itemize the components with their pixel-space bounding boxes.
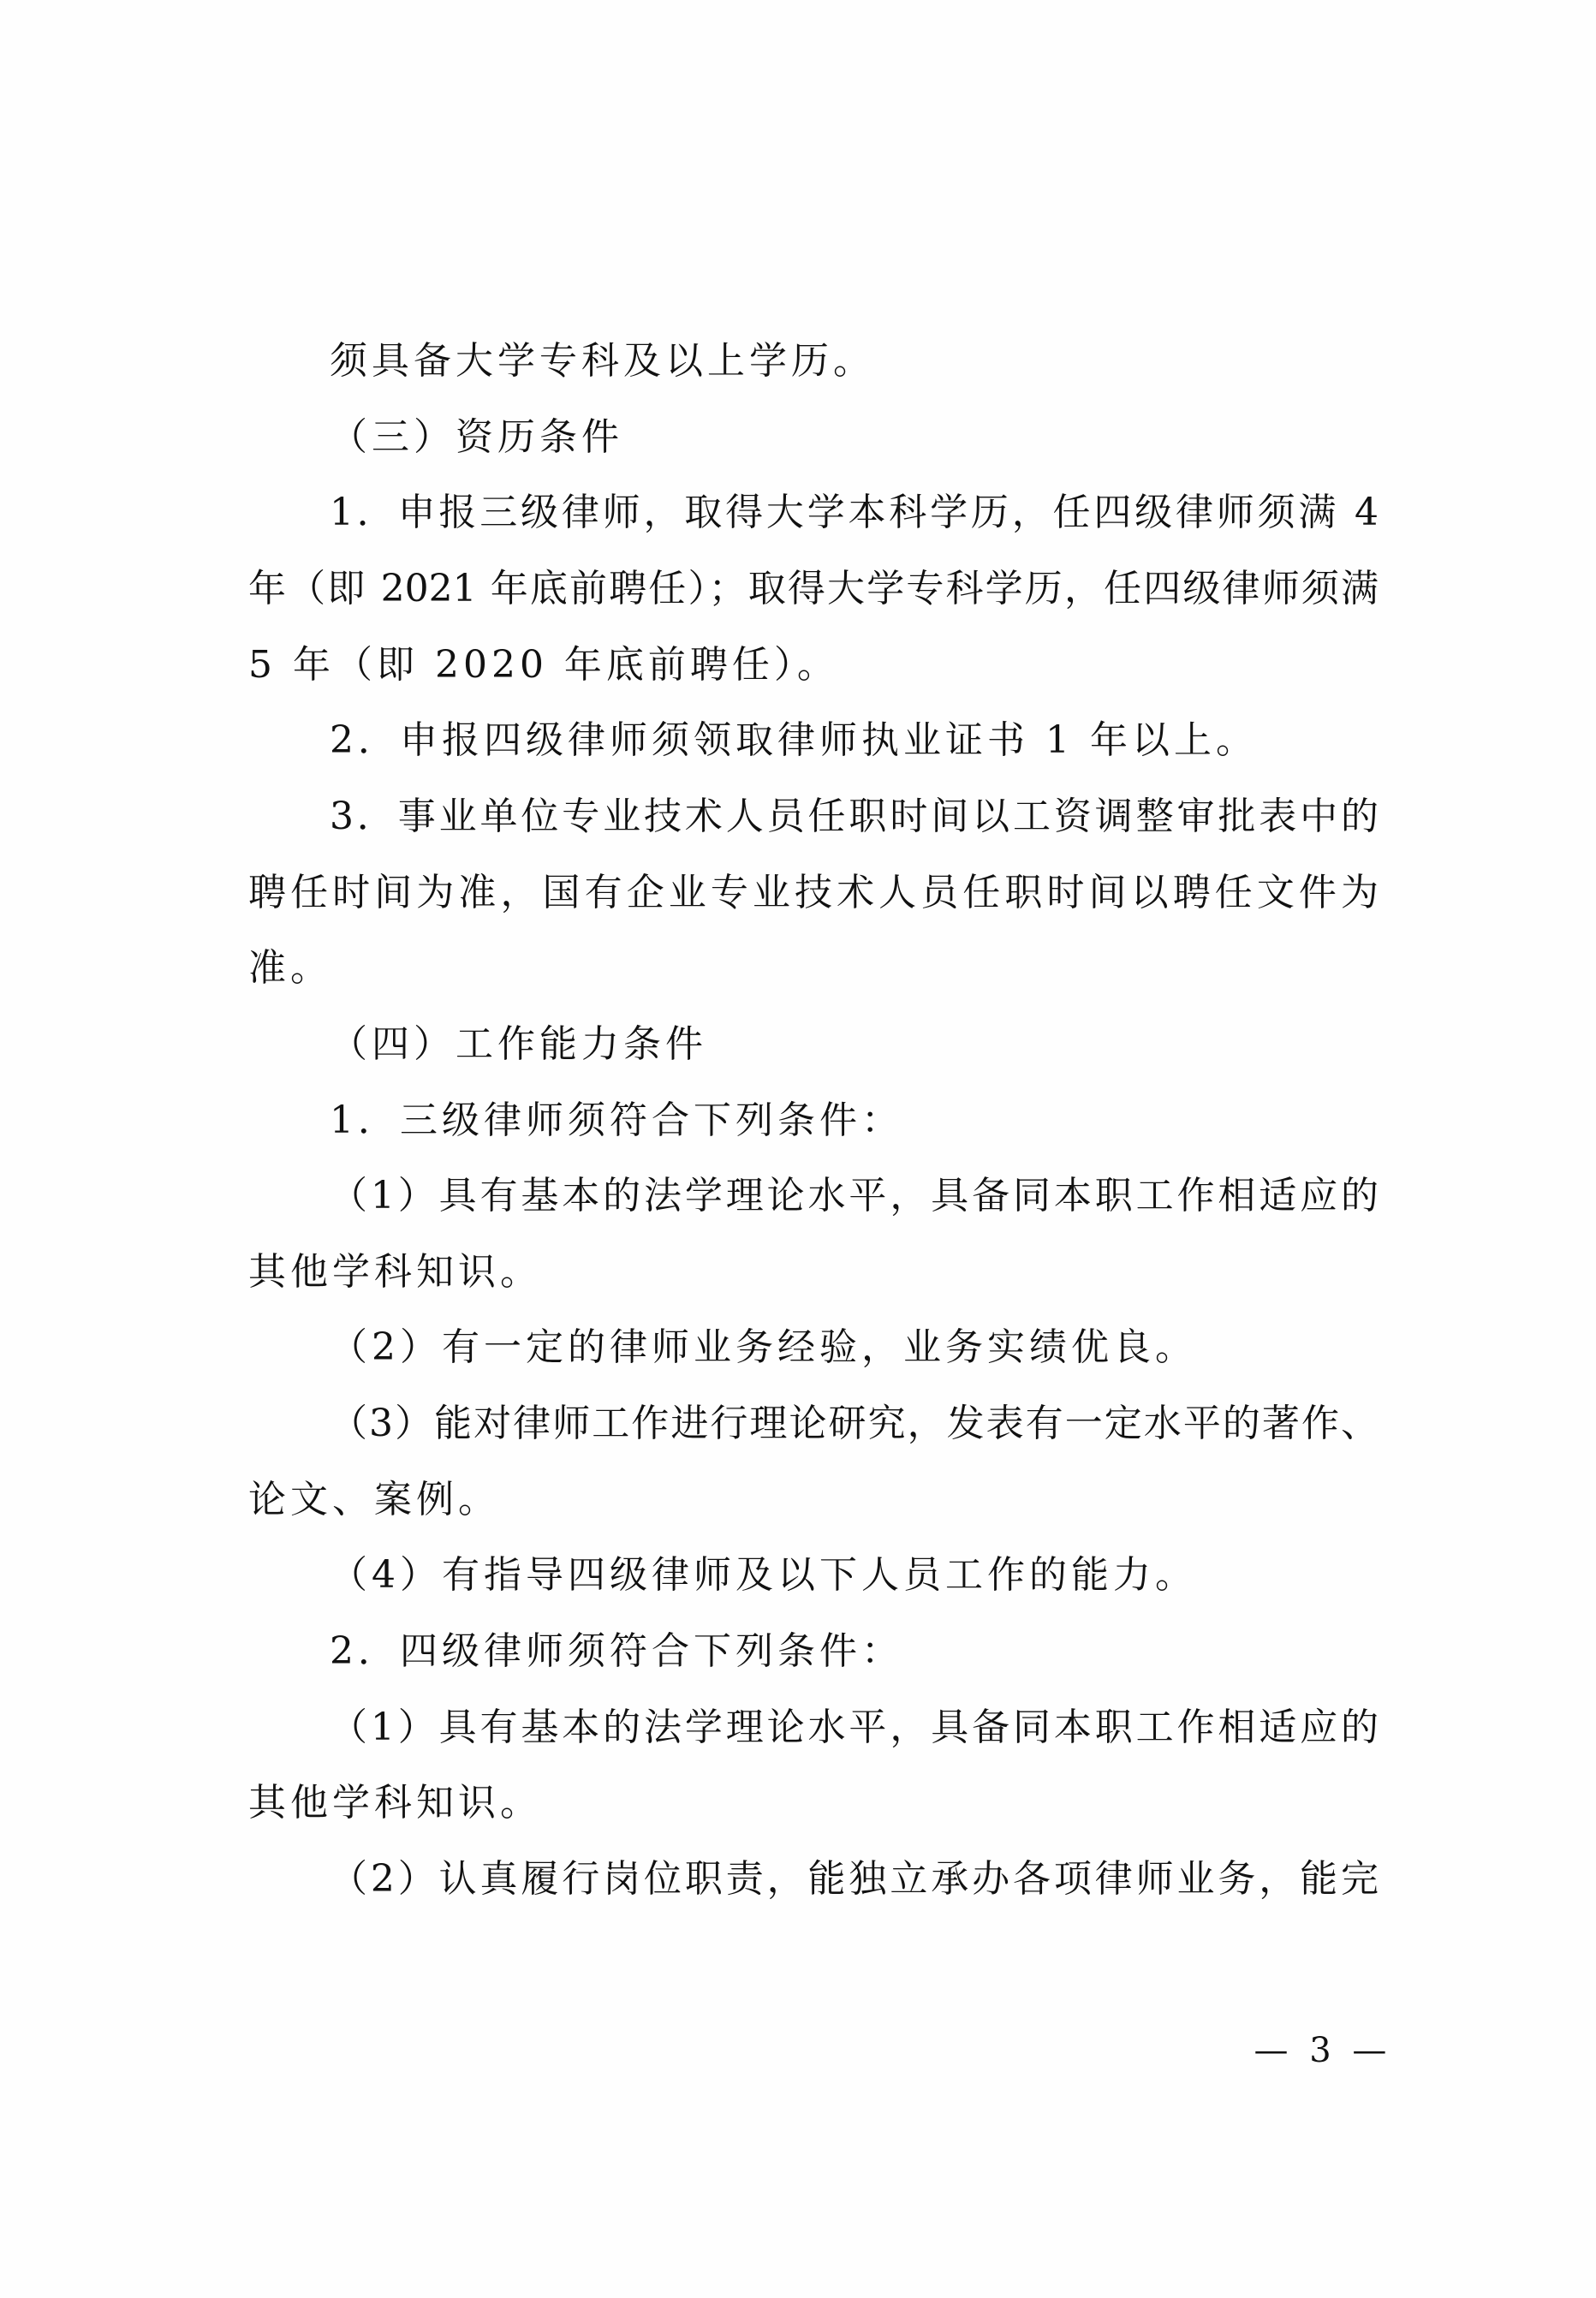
text-line: （1）具有基本的法学理论水平，具备同本职工作相适应的 — [330, 1170, 1379, 1222]
text-line: 须具备大学专科及以上学历。 — [330, 336, 1379, 387]
text-line: （3）能对律师工作进行理论研究，发表有一定水平的著作、 — [330, 1398, 1379, 1450]
text-line: 3．事业单位专业技术人员任职时间以工资调整审批表中的 — [330, 791, 1379, 842]
text-line: （2）认真履行岗位职责，能独立承办各项律师业务，能完 — [330, 1854, 1379, 1905]
section-heading-qualifications: （三）资历条件 — [330, 412, 1379, 463]
text-line: （2）有一定的律师业务经验，业务实绩优良。 — [330, 1322, 1379, 1373]
text-line: 1．申报三级律师，取得大学本科学历，任四级律师须满 4 — [330, 487, 1379, 539]
text-line: 其他学科知识。 — [248, 1777, 1379, 1829]
text-line: （4）有指导四级律师及以下人员工作的能力。 — [330, 1550, 1379, 1601]
document-page: 须具备大学专科及以上学历。 （三）资历条件 1．申报三级律师，取得大学本科学历，… — [0, 0, 1596, 2298]
text-line: 其他学科知识。 — [248, 1247, 1379, 1298]
text-line: 2．申报四级律师须领取律师执业证书 1 年以上。 — [330, 715, 1379, 766]
text-line: 年（即 2021 年底前聘任）；取得大学专科学历，任四级律师须满 — [248, 563, 1379, 615]
text-line: 聘任时间为准，国有企业专业技术人员任职时间以聘任文件为 — [248, 867, 1379, 919]
text-line: （1）具有基本的法学理论水平，具备同本职工作相适应的 — [330, 1702, 1379, 1753]
text-line: 2．四级律师须符合下列条件： — [330, 1626, 1379, 1677]
section-heading-work-ability: （四）工作能力条件 — [330, 1019, 1379, 1070]
text-line: 5 年（即 2020 年底前聘任）。 — [248, 640, 1379, 691]
text-line: 准。 — [248, 943, 1379, 994]
text-line: 1．三级律师须符合下列条件： — [330, 1095, 1379, 1146]
text-line: 论文、案例。 — [248, 1474, 1379, 1526]
page-number: — 3 — — [1250, 2029, 1396, 2072]
